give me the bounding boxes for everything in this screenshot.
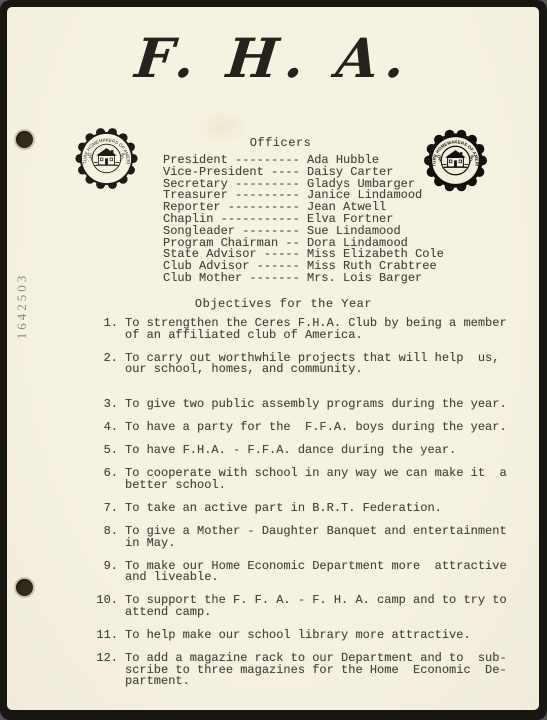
objective-text: To support the F. F. A. - F. H. A. camp … — [125, 595, 507, 618]
objective-item: 12.To add a magazine rack to our Departm… — [96, 653, 507, 688]
objective-number: 8. — [96, 526, 118, 549]
objective-number: 12. — [96, 653, 118, 688]
officers-heading: Officers — [14, 136, 547, 150]
officer-dashes: ------- — [242, 271, 307, 285]
objective-number: 1. — [96, 318, 118, 341]
punch-hole-bottom — [16, 579, 33, 596]
objectives-list: 1.To strengthen the Ceres F.H.A. Club by… — [96, 318, 507, 699]
objective-item: 5.To have F.H.A. - F.F.A. dance during t… — [96, 445, 507, 457]
officer-row: Club Mother ------- Mrs. Lois Barger — [163, 273, 444, 285]
objective-text: To make our Home Economic Department mor… — [125, 561, 507, 584]
page-title: F. H. A. — [0, 26, 547, 90]
objective-item: 7.To take an active part in B.R.T. Feder… — [96, 503, 507, 515]
objective-item: 10.To support the F. F. A. - F. H. A. ca… — [96, 595, 507, 618]
objective-text: To have a party for the F.F.A. boys duri… — [125, 422, 507, 434]
objective-item: 1.To strengthen the Ceres F.H.A. Club by… — [96, 318, 507, 341]
objective-text: To take an active part in B.R.T. Federat… — [125, 503, 442, 515]
officer-name: Mrs. Lois Barger — [307, 271, 422, 285]
objective-number: 2. — [96, 353, 118, 376]
objective-item: 6.To cooperate with school in any way we… — [96, 468, 507, 491]
objective-text: To give two public assembly programs dur… — [125, 399, 507, 411]
objective-number: 7. — [96, 503, 118, 515]
objective-text: To give a Mother - Daughter Banquet and … — [125, 526, 507, 549]
objective-text: To cooperate with school in any way we c… — [125, 468, 507, 491]
objective-item: 9.To make our Home Economic Department m… — [96, 561, 507, 584]
objective-text: To have F.H.A. - F.F.A. dance during the… — [125, 445, 456, 457]
objective-text: To strengthen the Ceres F.H.A. Club by b… — [125, 318, 507, 341]
objective-number: 6. — [96, 468, 118, 491]
objective-text: To help make our school library more att… — [125, 630, 471, 642]
objective-item: 3.To give two public assembly programs d… — [96, 399, 507, 411]
objective-item: 2.To carry out worthwhile projects that … — [96, 353, 507, 376]
objectives-heading: Objectives for the Year — [20, 297, 547, 311]
objective-number: 3. — [96, 399, 118, 411]
officers-list: President --------- Ada Hubble Vice-Pres… — [163, 155, 444, 285]
objective-number: 4. — [96, 422, 118, 434]
officer-position: Club Mother — [163, 271, 242, 285]
objective-text: To carry out worthwhile projects that wi… — [125, 353, 499, 376]
document-page: 1642503 F. H. A. FUTURE HOMEMAKERS OF AM… — [0, 0, 547, 720]
objective-item: 8.To give a Mother - Daughter Banquet an… — [96, 526, 507, 549]
objective-number: 10. — [96, 595, 118, 618]
objective-number: 11. — [96, 630, 118, 642]
objective-number: 9. — [96, 561, 118, 584]
objective-number: 5. — [96, 445, 118, 457]
objective-text: To add a magazine rack to our Department… — [125, 653, 507, 688]
objective-item: 4.To have a party for the F.F.A. boys du… — [96, 422, 507, 434]
objective-item: 11.To help make our school library more … — [96, 630, 507, 642]
